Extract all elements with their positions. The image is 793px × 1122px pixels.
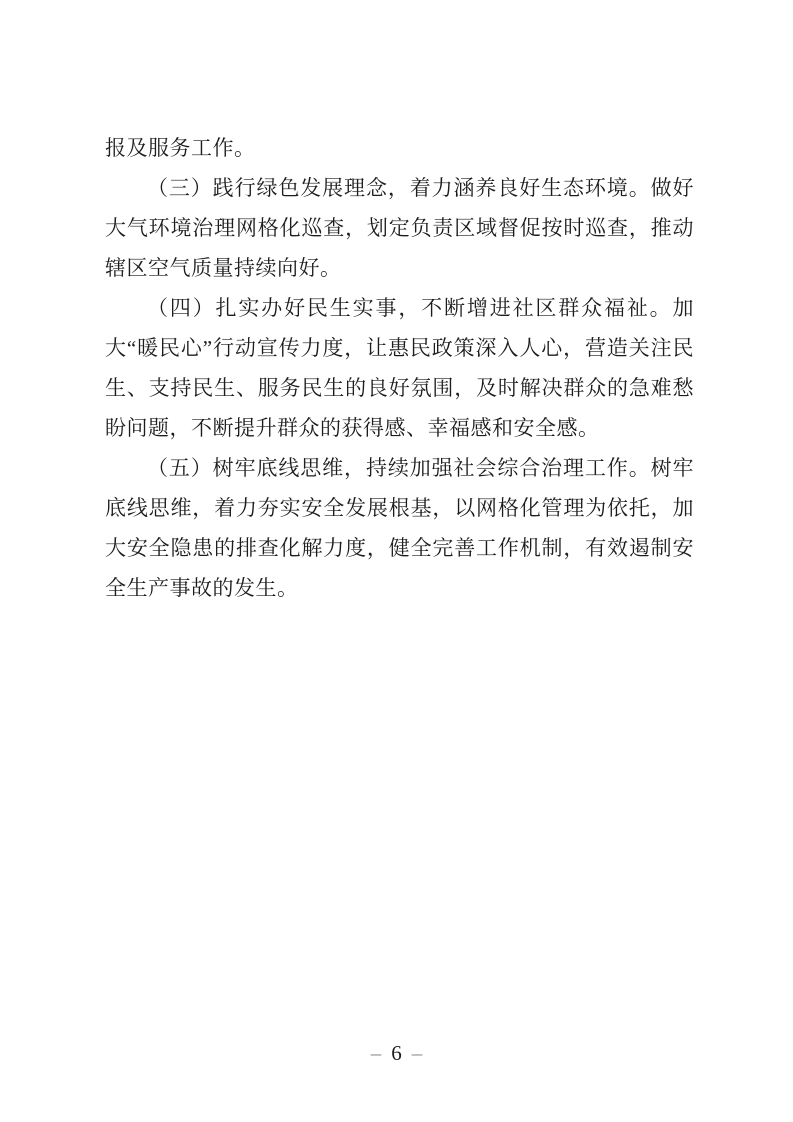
page-footer: –6– <box>0 1038 793 1068</box>
document-body: 报及服务工作。 （三）践行绿色发展理念，着力涵养良好生态环境。做好大气环境治理网… <box>105 128 694 608</box>
paragraph-item-3: （三）践行绿色发展理念，着力涵养良好生态环境。做好大气环境治理网格化巡查，划定负… <box>105 168 694 288</box>
page-number: 6 <box>383 1041 410 1065</box>
paragraph-item-4: （四）扎实办好民生实事，不断增进社区群众福祉。加大“暖民心”行动宣传力度，让惠民… <box>105 288 694 448</box>
paragraph-continuation: 报及服务工作。 <box>105 128 694 168</box>
page-number-dash-right: – <box>410 1041 425 1065</box>
document-page: 报及服务工作。 （三）践行绿色发展理念，着力涵养良好生态环境。做好大气环境治理网… <box>0 0 793 1122</box>
paragraph-item-5: （五）树牢底线思维，持续加强社会综合治理工作。树牢底线思维，着力夯实安全发展根基… <box>105 448 694 608</box>
page-number-dash-left: – <box>369 1041 384 1065</box>
